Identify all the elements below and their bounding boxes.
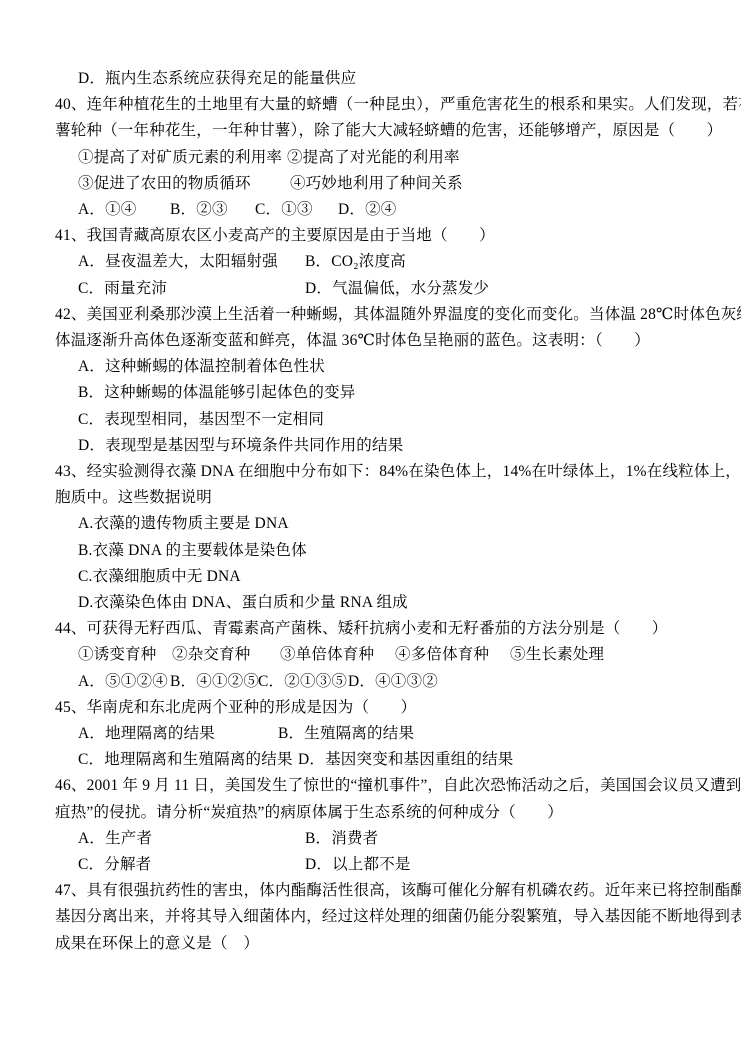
text-segment: A.衣藻的遗传物质主要是 DNA	[78, 511, 289, 533]
text-line: C．表现型相同，基因型不一定相同	[0, 407, 741, 429]
text-segment: C．地理隔离和生殖隔离的结果	[78, 747, 293, 769]
text-line: A．生产者B．消费者	[0, 826, 741, 848]
text-line: C．分解者D．以上都不是	[0, 852, 741, 874]
text-segment: D．以上都不是	[305, 852, 411, 874]
text-segment: C．表现型相同，基因型不一定相同	[78, 407, 324, 429]
exam-document-page: D．瓶内生态系统应获得充足的能量供应40、连年种植花生的土地里有大量的蛴螬（一种…	[0, 0, 741, 1049]
text-segment: 41、我国青藏高原农区小麦高产的主要原因是由于当地（ ）	[55, 223, 495, 245]
text-segment: 43、经实验测得衣藻 DNA 在细胞中分布如下：84%在染色体上，14%在叶绿体…	[55, 459, 741, 481]
text-segment: B．消费者	[305, 826, 378, 848]
text-segment: A．地理隔离的结果	[78, 721, 215, 743]
text-line: 41、我国青藏高原农区小麦高产的主要原因是由于当地（ ）	[0, 223, 741, 245]
text-line: A.衣藻的遗传物质主要是 DNA	[0, 511, 741, 533]
text-segment: 薯轮种（一年种花生，一年种甘薯），除了能大大减轻蛴螬的危害，还能够增产，原因是（…	[55, 118, 722, 140]
text-line: 43、经实验测得衣藻 DNA 在细胞中分布如下：84%在染色体上，14%在叶绿体…	[0, 459, 741, 481]
text-line: 46、2001 年 9 月 11 日，美国发生了惊世的“撞机事件”，自此次恐怖活…	[0, 773, 741, 795]
text-line: A．昼夜温差大，太阳辐射强B．CO₂浓度高	[0, 249, 741, 271]
text-segment: 体温逐渐升高体色逐渐变蓝和鲜亮，体温 36℃时体色呈艳丽的蓝色。这表明：（ ）	[55, 328, 650, 350]
text-segment: ②杂交育种	[172, 642, 251, 664]
text-segment: ③单倍体育种	[280, 642, 374, 664]
text-segment: A．这种蜥蜴的体温控制着体色性状	[78, 354, 325, 376]
text-line: A．①④B．②③C．①③D．②④	[0, 197, 741, 219]
text-segment: C．②①③⑤	[258, 669, 347, 691]
text-line: D．表现型是基因型与环境条件共同作用的结果	[0, 433, 741, 455]
text-segment: D．②④	[338, 197, 397, 219]
text-segment: 基因分离出来，并将其导入细菌体内，经过这样处理的细菌仍能分裂繁殖，导入基因能不断…	[55, 904, 741, 926]
text-line: 44、可获得无籽西瓜、青霉素高产菌株、矮秆抗病小麦和无籽番茄的方法分别是（ ）	[0, 616, 741, 638]
text-segment: 疽热”的侵扰。请分析“炭疽热”的病原体属于生态系统的何种成分（ ）	[55, 800, 563, 822]
text-segment: B．这种蜥蜴的体温能够引起体色的变异	[78, 380, 355, 402]
text-line: 47、具有很强抗药性的害虫，体内酯酶活性很高，该酶可催化分解有机磷农药。近年来已…	[0, 878, 741, 900]
text-segment: D．基因突变和基因重组的结果	[298, 747, 514, 769]
text-segment: 胞质中。这些数据说明	[55, 485, 212, 507]
text-segment: B.衣藻 DNA 的主要载体是染色体	[78, 538, 307, 560]
text-line: 体温逐渐升高体色逐渐变蓝和鲜亮，体温 36℃时体色呈艳丽的蓝色。这表明：（ ）	[0, 328, 741, 350]
text-segment: ①诱变育种	[78, 642, 157, 664]
text-line: A．这种蜥蜴的体温控制着体色性状	[0, 354, 741, 376]
text-segment: D．瓶内生态系统应获得充足的能量供应	[78, 66, 356, 88]
text-segment: ④多倍体育种	[395, 642, 489, 664]
text-segment: D.衣藻染色体由 DNA、蛋白质和少量 RNA 组成	[78, 590, 408, 612]
text-line: ①诱变育种②杂交育种③单倍体育种④多倍体育种⑤生长素处理	[0, 642, 741, 664]
text-segment: 45、华南虎和东北虎两个亚种的形成是因为（ ）	[55, 695, 416, 717]
text-line: B．这种蜥蜴的体温能够引起体色的变异	[0, 380, 741, 402]
text-segment: A．①④	[78, 197, 137, 219]
text-line: 42、美国亚利桑那沙漠上生活着一种蜥蜴，其体温随外界温度的变化而变化。当体温 2…	[0, 302, 741, 324]
text-line: D.衣藻染色体由 DNA、蛋白质和少量 RNA 组成	[0, 590, 741, 612]
text-line: 薯轮种（一年种花生，一年种甘薯），除了能大大减轻蛴螬的危害，还能够增产，原因是（…	[0, 118, 741, 140]
text-segment: ⑤生长素处理	[510, 642, 604, 664]
text-segment: B．②③	[170, 197, 228, 219]
text-line: 疽热”的侵扰。请分析“炭疽热”的病原体属于生态系统的何种成分（ ）	[0, 800, 741, 822]
text-line: C.衣藻细胞质中无 DNA	[0, 564, 741, 586]
text-segment: ②提高了对光能的利用率	[287, 145, 460, 167]
text-line: C．雨量充沛D．气温偏低，水分蒸发少	[0, 276, 741, 298]
text-line: 基因分离出来，并将其导入细菌体内，经过这样处理的细菌仍能分裂繁殖，导入基因能不断…	[0, 904, 741, 926]
text-segment: D．表现型是基因型与环境条件共同作用的结果	[78, 433, 403, 455]
text-line: B.衣藻 DNA 的主要载体是染色体	[0, 538, 741, 560]
text-line: 胞质中。这些数据说明	[0, 485, 741, 507]
text-line: 45、华南虎和东北虎两个亚种的形成是因为（ ）	[0, 695, 741, 717]
text-line: ③促进了农田的物质循环④巧妙地利用了种间关系	[0, 171, 741, 193]
text-segment: B．CO₂浓度高	[305, 249, 406, 271]
text-line: ①提高了对矿质元素的利用率②提高了对光能的利用率	[0, 145, 741, 167]
text-segment: C．雨量充沛	[78, 276, 167, 298]
text-segment: A．生产者	[78, 826, 152, 848]
text-line: A．⑤①②④B．④①②⑤C．②①③⑤D．④①③②	[0, 669, 741, 691]
text-segment: B．④①②⑤	[170, 669, 259, 691]
text-line: 40、连年种植花生的土地里有大量的蛴螬（一种昆虫），严重危害花生的根系和果实。人…	[0, 92, 741, 114]
text-segment: C．分解者	[78, 852, 151, 874]
text-line: C．地理隔离和生殖隔离的结果D．基因突变和基因重组的结果	[0, 747, 741, 769]
text-segment: 40、连年种植花生的土地里有大量的蛴螬（一种昆虫），严重危害花生的根系和果实。人…	[55, 92, 741, 114]
text-segment: ③促进了农田的物质循环	[78, 171, 251, 193]
text-segment: A．昼夜温差大，太阳辐射强	[78, 249, 278, 271]
text-line: D．瓶内生态系统应获得充足的能量供应	[0, 66, 741, 88]
text-segment: ④巧妙地利用了种间关系	[290, 171, 463, 193]
text-segment: 44、可获得无籽西瓜、青霉素高产菌株、矮秆抗病小麦和无籽番茄的方法分别是（ ）	[55, 616, 668, 638]
text-line: A．地理隔离的结果B．生殖隔离的结果	[0, 721, 741, 743]
text-segment: C．①③	[255, 197, 313, 219]
text-segment: 成果在环保上的意义是（ ）	[55, 931, 259, 953]
text-segment: C.衣藻细胞质中无 DNA	[78, 564, 241, 586]
text-line: 成果在环保上的意义是（ ）	[0, 931, 741, 953]
text-segment: A．⑤①②④	[78, 669, 168, 691]
text-segment: D．④①③②	[348, 669, 438, 691]
text-segment: 47、具有很强抗药性的害虫，体内酯酶活性很高，该酶可催化分解有机磷农药。近年来已…	[55, 878, 741, 900]
text-segment: B．生殖隔离的结果	[278, 721, 414, 743]
text-segment: ①提高了对矿质元素的利用率	[78, 145, 282, 167]
text-segment: 46、2001 年 9 月 11 日，美国发生了惊世的“撞机事件”，自此次恐怖活…	[55, 773, 741, 795]
text-segment: D．气温偏低，水分蒸发少	[305, 276, 489, 298]
text-segment: 42、美国亚利桑那沙漠上生活着一种蜥蜴，其体温随外界温度的变化而变化。当体温 2…	[55, 302, 741, 324]
